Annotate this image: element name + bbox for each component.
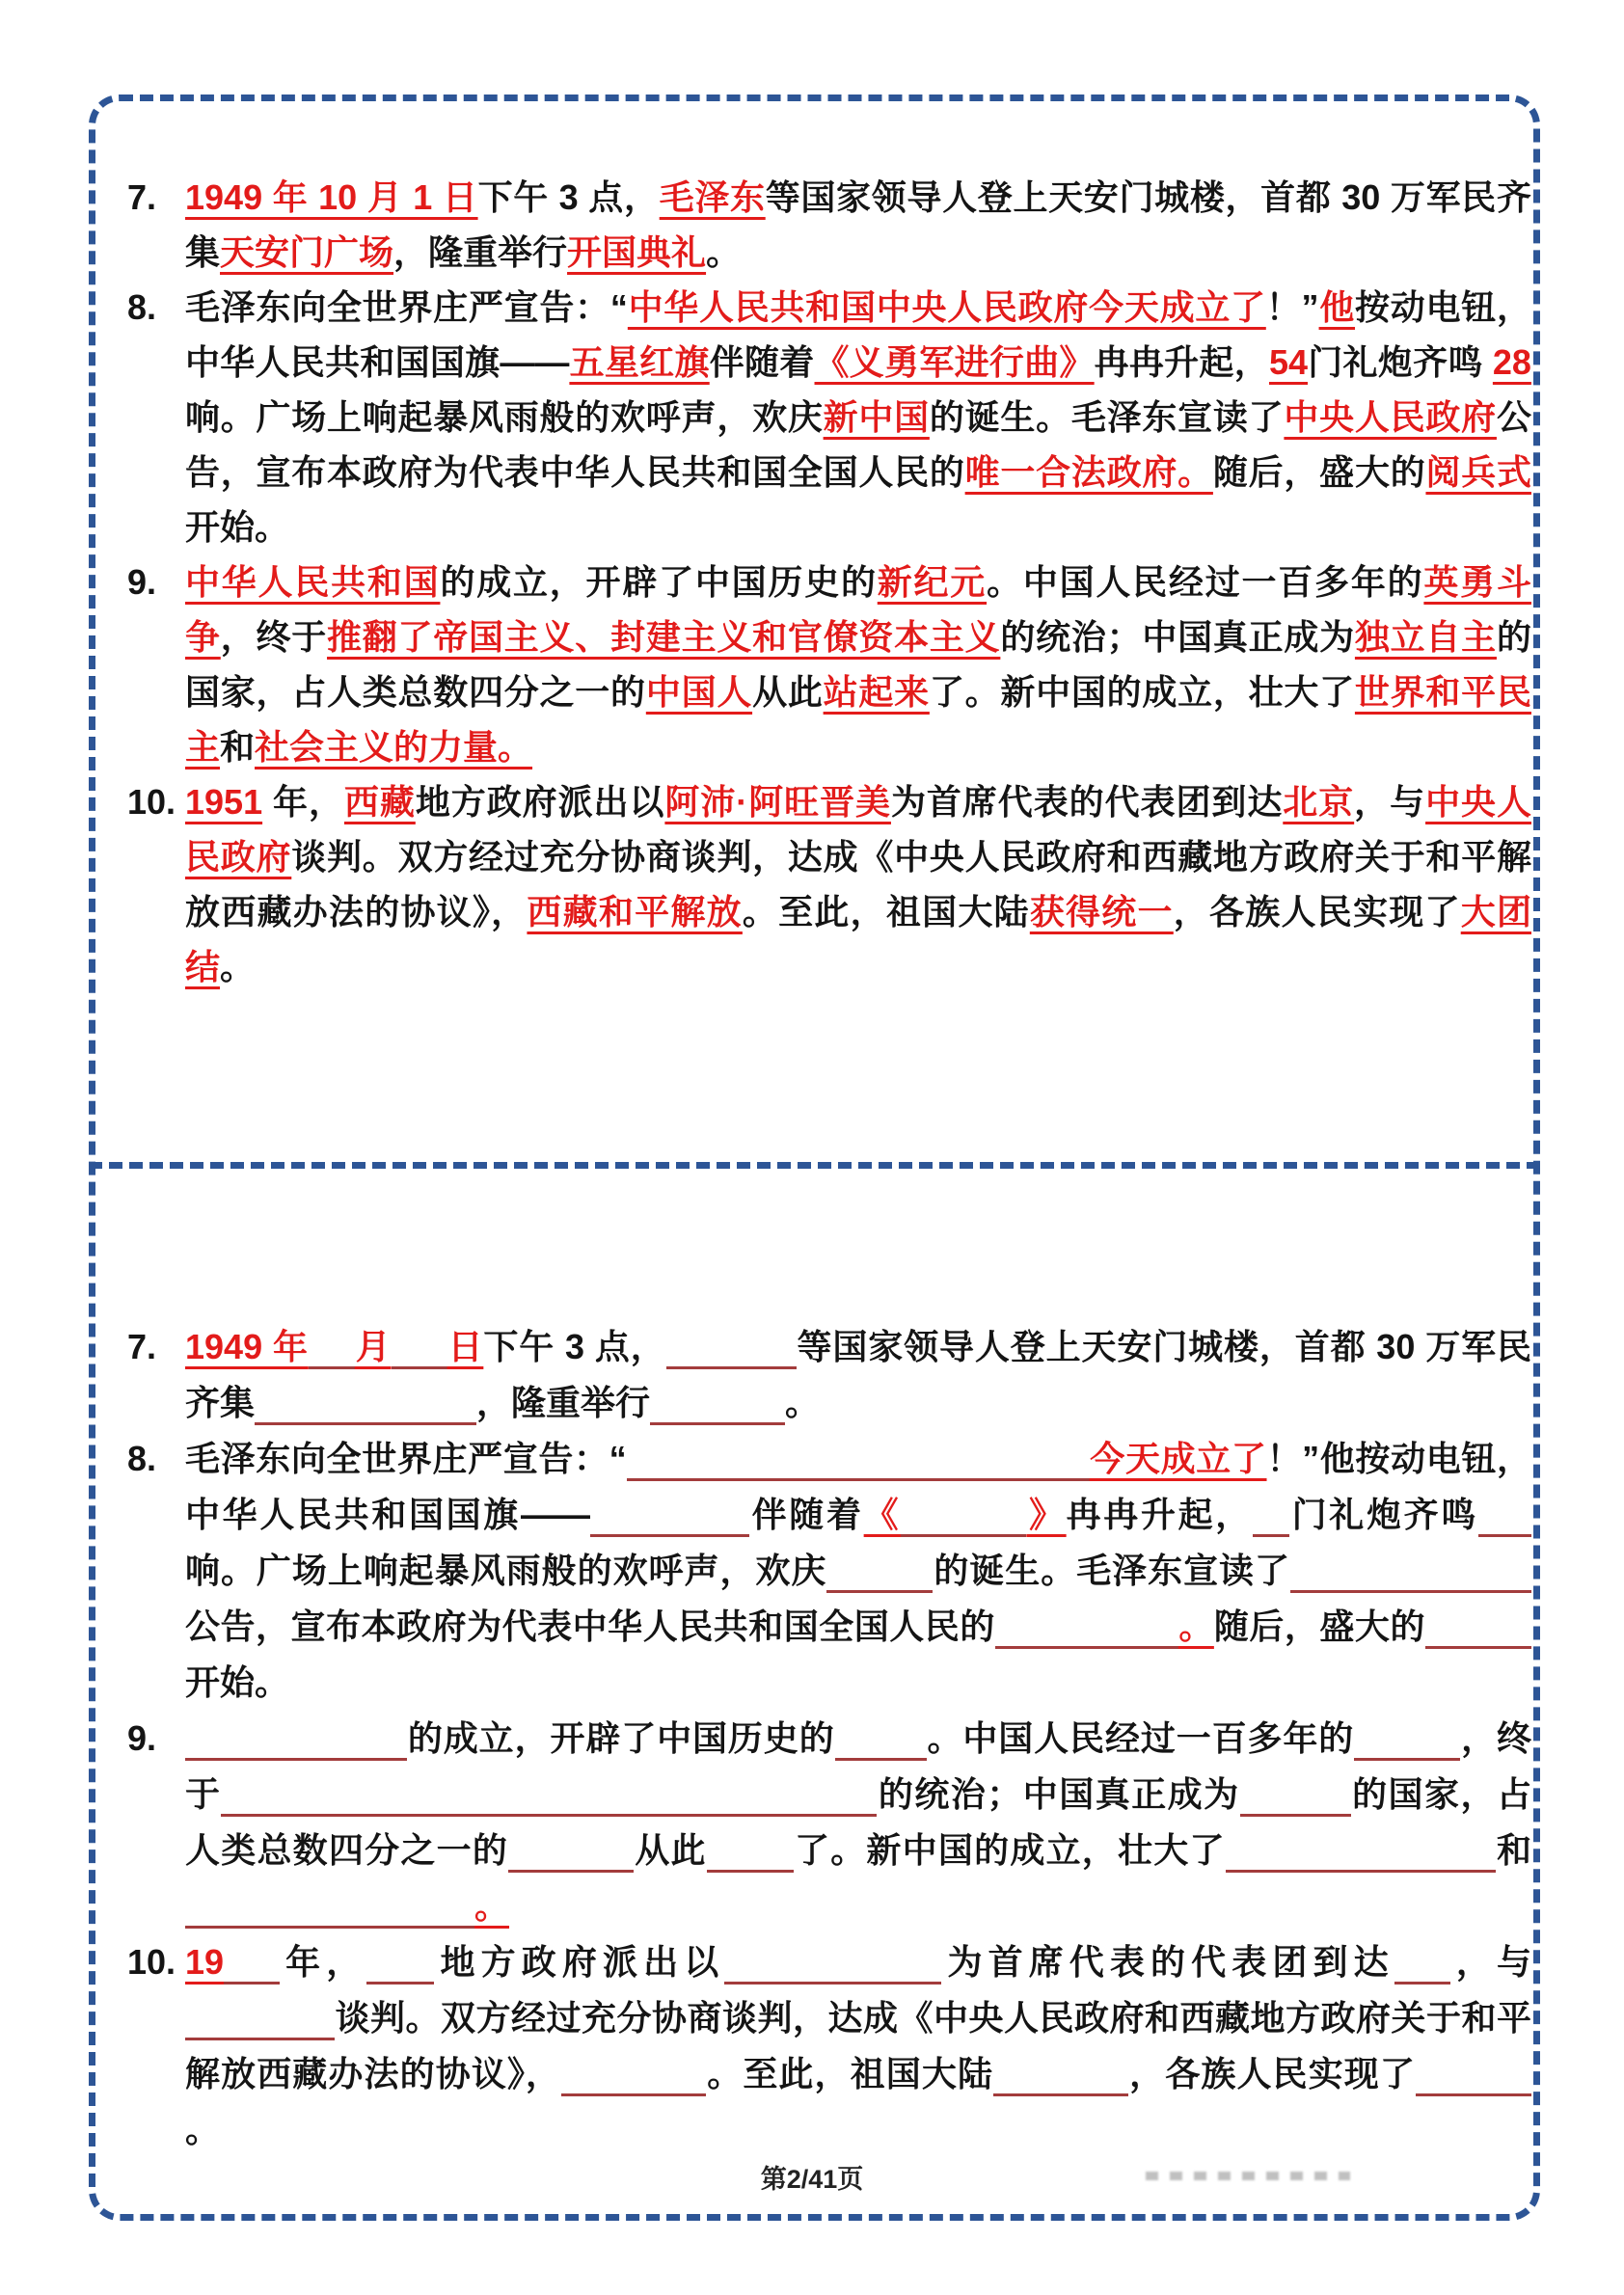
- list-item: 9.的成立，开辟了中国历史的。中国人民经过一百多年的，终于的统治；中国真正成为的…: [127, 1711, 1531, 1934]
- page-number: 第2/41页: [0, 2158, 1624, 2196]
- plain-text: 下午 3 点，: [478, 177, 660, 217]
- plain-text: 冉冉升起，: [1067, 1495, 1253, 1534]
- item-text: 1949 年月日下午 3 点，等国家领导人登上天安门城楼，首都 30 万军民齐集…: [185, 1319, 1531, 1431]
- item-number: 10.: [127, 774, 185, 994]
- plain-text: 的统治；中国真正成为: [877, 1774, 1239, 1814]
- plain-text: ，隆重举行: [476, 1383, 650, 1422]
- answer-text: 。: [474, 1886, 509, 1926]
- blank-line: [224, 1982, 280, 1984]
- blank-line: [1478, 1534, 1531, 1537]
- answer-text: 中国人: [646, 672, 752, 712]
- plain-text: 随后，盛大的: [1213, 452, 1426, 492]
- blank-line: [1240, 1814, 1351, 1817]
- plain-text: 。至此，祖国大陆: [743, 892, 1030, 931]
- plain-text: 从此: [634, 1830, 707, 1870]
- plain-text: 伴随着: [710, 342, 815, 382]
- item-text: 1951 年，西藏地方政府派出以阿沛·阿旺晋美为首席代表的代表团到达北京，与中央…: [185, 774, 1531, 994]
- answer-text: 北京: [1283, 782, 1354, 822]
- blank-line: [309, 1366, 355, 1369]
- plain-text: 地方政府派出以: [434, 1942, 724, 1982]
- item-number: 10.: [127, 1934, 185, 2158]
- plain-text: 和: [1496, 1830, 1531, 1870]
- answer-text: 西藏和平解放: [527, 892, 742, 931]
- answer-text: 中华人民共和国中央人民政府今天成立了: [628, 287, 1266, 327]
- blank-line: [185, 1926, 474, 1929]
- plain-text: 的诞生。毛泽东宣读了: [933, 1551, 1290, 1590]
- plain-text: 。中国人民经过一百多年的: [927, 1718, 1355, 1758]
- blank-line: [255, 1422, 476, 1425]
- item-number: 9.: [127, 554, 185, 774]
- plain-text: 了。新中国的成立，壮大了: [930, 672, 1355, 712]
- answer-text: 阅兵式: [1425, 452, 1531, 492]
- item-text: 毛泽东向全世界庄严宣告：“今天成立了！”他按动电钮，中华人民共和国国旗——伴随着…: [185, 1431, 1531, 1711]
- answer-text: 天安门广场: [220, 232, 393, 272]
- blank-line: [650, 1422, 785, 1425]
- plain-text: 。: [785, 1383, 820, 1422]
- plain-text: 为首席代表的代表团到达: [941, 1942, 1394, 1982]
- answer-text: 推翻了帝国主义、封建主义和官僚资本主义: [327, 617, 1000, 657]
- blank-line: [185, 2038, 335, 2040]
- blank-line: [392, 1366, 447, 1369]
- answer-text: 1949 年: [185, 1327, 309, 1366]
- blank-line: [590, 1534, 749, 1537]
- blank-line: [666, 1366, 797, 1369]
- answer-text: 今天成立了: [1090, 1439, 1267, 1478]
- blank-line: [508, 1870, 634, 1873]
- blank-line: [707, 1870, 794, 1873]
- answer-text: 新纪元: [878, 562, 987, 602]
- blank-line: [1416, 2093, 1531, 2096]
- list-item: 8.毛泽东向全世界庄严宣告：“今天成立了！”他按动电钮，中华人民共和国国旗——伴…: [127, 1431, 1531, 1711]
- list-item: 7.1949 年月日下午 3 点，等国家领导人登上天安门城楼，首都 30 万军民…: [127, 1319, 1531, 1431]
- answer-text: 毛泽东: [660, 177, 766, 217]
- item-number: 7.: [127, 1319, 185, 1431]
- blank-line: [1394, 1982, 1450, 1984]
- plain-text: 门礼炮齐鸣: [1308, 342, 1493, 382]
- answer-text: 54: [1269, 342, 1308, 382]
- answer-text: 阿沛·阿旺晋美: [664, 782, 891, 822]
- answer-text: 1951: [185, 782, 262, 822]
- cutoff-fragment: [1146, 2172, 1350, 2180]
- item-text: 毛泽东向全世界庄严宣告：“中华人民共和国中央人民政府今天成立了！”他按动电钮，中…: [185, 280, 1531, 554]
- answer-text: 新中国: [824, 397, 930, 437]
- answer-text: 《: [864, 1495, 902, 1534]
- blanks-section: 7.1949 年月日下午 3 点，等国家领导人登上天安门城楼，首都 30 万军民…: [127, 1319, 1531, 2158]
- blank-line: [1290, 1590, 1411, 1593]
- blank-line: [1366, 1870, 1496, 1873]
- plain-text: 响。广场上响起暴风雨般的欢呼声，欢庆: [185, 1551, 826, 1590]
- blank-line: [835, 1758, 927, 1761]
- plain-text: 的统治；中国真正成为: [1000, 617, 1355, 657]
- item-text: 19年，地方政府派出以为首席代表的代表团到达，与谈判。双方经过充分协商谈判，达成…: [185, 1934, 1531, 2158]
- answer-text: 社会主义的力量。: [255, 727, 532, 767]
- item-text: 中华人民共和国的成立，开辟了中国历史的新纪元。中国人民经过一百多年的英勇斗争，终…: [185, 554, 1531, 774]
- plain-text: ，终于: [221, 617, 327, 657]
- list-item: 8.毛泽东向全世界庄严宣告：“中华人民共和国中央人民政府今天成立了！”他按动电钮…: [127, 280, 1531, 554]
- plain-text: 冉冉升起，: [1095, 342, 1269, 382]
- answer-text: 19: [185, 1942, 224, 1982]
- plain-text: 开始。: [185, 1662, 289, 1702]
- answer-text: 日: [447, 1327, 484, 1366]
- plain-text: 。中国人民经过一百多年的: [987, 562, 1423, 602]
- plain-text: 毛泽东向全世界庄严宣告：“: [185, 1439, 627, 1478]
- plain-text: 和: [220, 727, 255, 767]
- blank-line: [1253, 1534, 1289, 1537]
- blank-line: [185, 1758, 407, 1761]
- blank-line: [724, 1982, 941, 1984]
- plain-text: 。: [185, 2110, 220, 2149]
- plain-text: 。至此，祖国大陆: [706, 2054, 993, 2093]
- blank-line: [366, 1982, 434, 1984]
- plain-text: 年，: [280, 1942, 366, 1982]
- plain-text: 公告，宣布本政府为代表中华人民共和国全国人民的: [185, 1606, 995, 1646]
- plain-text: ，各族人民实现了: [1174, 892, 1461, 931]
- plain-text: 的成立，开辟了中国历史的: [440, 562, 877, 602]
- blank-line: [826, 1590, 933, 1593]
- plain-text: 了。新中国的成立，壮大了: [794, 1830, 1226, 1870]
- plain-text: 开始。: [185, 507, 289, 547]
- item-number: 8.: [127, 280, 185, 554]
- plain-text: 年，: [262, 782, 344, 822]
- list-item: 10.1951 年，西藏地方政府派出以阿沛·阿旺晋美为首席代表的代表团到达北京，…: [127, 774, 1531, 994]
- plain-text: 。: [706, 232, 741, 272]
- item-number: 7.: [127, 170, 185, 280]
- blank-line: [995, 1646, 1178, 1649]
- answer-text: 28: [1493, 342, 1531, 382]
- item-number: 9.: [127, 1711, 185, 1934]
- plain-text: 。: [220, 947, 255, 986]
- plain-text: 下午 3 点，: [483, 1327, 665, 1366]
- answer-text: 》: [1026, 1495, 1066, 1534]
- plain-text: 门礼炮齐鸣: [1289, 1495, 1478, 1534]
- answer-text: 《义勇军进行曲》: [815, 342, 1095, 382]
- plain-text: 地方政府派出以: [416, 782, 665, 822]
- answer-text: 站起来: [824, 672, 930, 712]
- answer-text: 。: [1178, 1606, 1214, 1646]
- plain-text: 伴随着: [749, 1495, 864, 1534]
- answer-text: 中华人民共和国: [185, 562, 440, 602]
- plain-text: 毛泽东向全世界庄严宣告：“: [185, 287, 628, 327]
- plain-text: 为首席代表的代表团到达: [891, 782, 1283, 822]
- answer-text: 五星红旗: [569, 342, 709, 382]
- answer-text: 唯一合法政府。: [965, 452, 1213, 492]
- blank-line: [1411, 1590, 1531, 1593]
- item-number: 8.: [127, 1431, 185, 1711]
- list-item: 10.19年，地方政府派出以为首席代表的代表团到达，与谈判。双方经过充分协商谈判…: [127, 1934, 1531, 2158]
- section-divider: [89, 1162, 1540, 1169]
- answer-text: 开国典礼: [567, 232, 706, 272]
- blank-line: [1425, 1646, 1531, 1649]
- plain-text: 随后，盛大的: [1214, 1606, 1425, 1646]
- answer-text: 月: [355, 1327, 392, 1366]
- plain-text: ，与: [1450, 1942, 1531, 1982]
- blank-line: [221, 1814, 877, 1817]
- answers-section: 7.1949 年 10 月 1 日下午 3 点，毛泽东等国家领导人登上天安门城楼…: [127, 170, 1531, 994]
- plain-text: ，与: [1354, 782, 1425, 822]
- answer-text: 西藏: [344, 782, 416, 822]
- blank-line: [561, 2093, 706, 2096]
- blank-line: [993, 2093, 1128, 2096]
- plain-text: 从此: [752, 672, 824, 712]
- plain-text: ，各族人民实现了: [1128, 2054, 1416, 2093]
- answer-text: 1949 年 10 月 1 日: [185, 177, 478, 217]
- answer-text: 中央人民政府: [1284, 397, 1497, 437]
- plain-text: ，隆重举行: [393, 232, 567, 272]
- item-text: 1949 年 10 月 1 日下午 3 点，毛泽东等国家领导人登上天安门城楼，首…: [185, 170, 1531, 280]
- answer-text: 他: [1319, 287, 1355, 327]
- plain-text: ！”: [1266, 287, 1319, 327]
- plain-text: 响。广场上响起暴风雨般的欢呼声，欢庆: [185, 397, 824, 437]
- blank-line: [627, 1478, 1090, 1481]
- plain-text: 的成立，开辟了中国历史的: [407, 1718, 835, 1758]
- item-text: 的成立，开辟了中国历史的。中国人民经过一百多年的，终于的统治；中国真正成为的国家…: [185, 1711, 1531, 1934]
- blank-line: [1226, 1870, 1366, 1873]
- blank-line: [1354, 1758, 1460, 1761]
- blank-line: [901, 1534, 1026, 1537]
- plain-text: 的诞生。毛泽东宣读了: [930, 397, 1285, 437]
- answer-text: 独立自主: [1355, 617, 1497, 657]
- answer-text: 获得统一: [1030, 892, 1174, 931]
- list-item: 9.中华人民共和国的成立，开辟了中国历史的新纪元。中国人民经过一百多年的英勇斗争…: [127, 554, 1531, 774]
- list-item: 7.1949 年 10 月 1 日下午 3 点，毛泽东等国家领导人登上天安门城楼…: [127, 170, 1531, 280]
